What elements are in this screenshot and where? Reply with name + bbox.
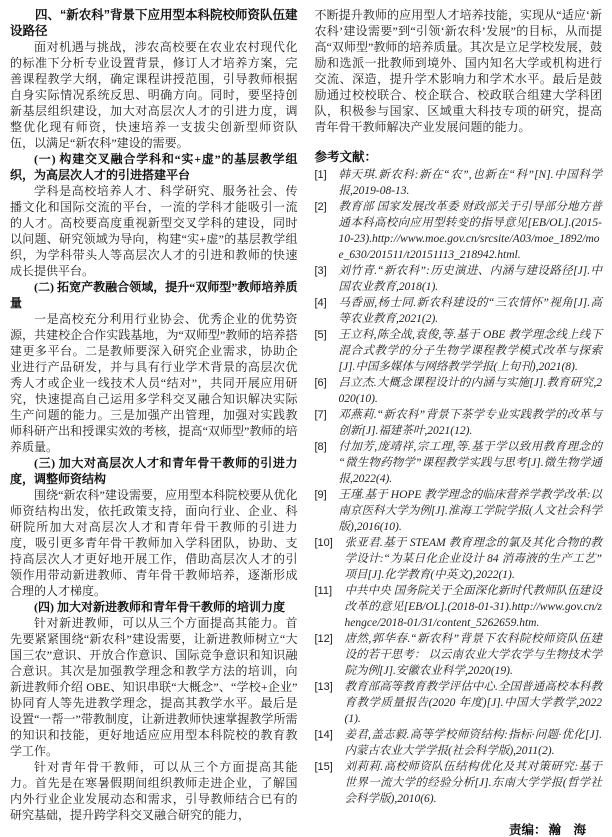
- reference-item: [7]邓燕莉.“新农科”背景下茶学专业实践教学的改革与创新[J].福建茶叶,20…: [315, 407, 603, 439]
- reference-item: [15]刘莉莉.高校师资队伍结构优化及其对策研究:基于世界一流大学的经验分析[J…: [315, 759, 603, 807]
- reference-number: [8]: [315, 439, 327, 455]
- sub-heading-1: (一) 构建交叉融合学科和“实+虚”的基层教学组织，为高层次人才的引进搭建平台: [10, 151, 298, 183]
- paragraph-1: 学科是高校培养人才、科学研究、服务社会、传播文化和国际交流的平台，一流的学科才能…: [10, 183, 298, 279]
- reference-item: [3]刘竹青.“新农科”:历史演进、内涵与建设路径[J].中国农业教育,2018…: [315, 263, 603, 295]
- reference-text: 马香丽,杨士同.新农科建设的“三农情怀”视角[J].高等农业教育,2021(2)…: [339, 297, 603, 325]
- reference-item: [1]韩天琪.新农科:新在“农”,也新在“科”[N].中国科学报,2019-08…: [315, 167, 603, 199]
- reference-number: [9]: [315, 487, 327, 503]
- reference-number: [11]: [315, 583, 333, 599]
- reference-text: 张亚君.基于 STEAM 教育理念的氯及其化合物的教学设计:“为某日化企业设计 …: [345, 537, 603, 581]
- reference-item: [4]马香丽,杨士同.新农科建设的“三农情怀”视角[J].高等农业教育,2021…: [315, 295, 603, 327]
- sub-heading-4: (四) 加大对新进教师和青年骨干教师的培训力度: [10, 599, 298, 615]
- paragraph-4: 针对新进教师，可以从三个方面提高其能力。首先要紧紧围绕“新农科”建设需要，让新进…: [10, 615, 298, 759]
- reference-item: [5]王立科,陈全战,袁俊,等.基于 OBE 教学理念线上线下混合式教学的分子生…: [315, 327, 603, 375]
- reference-number: [6]: [315, 375, 327, 391]
- reference-text: 刘莉莉.高校师资队伍结构优化及其对策研究:基于世界一流大学的经验分析[J].东南…: [345, 761, 603, 805]
- reference-item: [13]教育部高等教育教学评估中心.全国普通高校本科教育教学质量报告(2020 …: [315, 679, 603, 727]
- editor-label: 责编：: [509, 823, 547, 837]
- reference-item: [14]姜君,盖志毅.高等学校师资结构:指标·问题·优化[J].内蒙古农业大学学…: [315, 727, 603, 759]
- reference-text: 教育部高等教育教学评估中心.全国普通高校本科教育教学质量报告(2020 年度)[…: [345, 681, 603, 725]
- references-heading: 参考文献：: [315, 149, 603, 166]
- reference-item: [12]唐然,郭华春.“新农科”背景下农科院校师资队伍建设的若干思考： 以云南农…: [315, 631, 603, 679]
- paragraph-intro: 面对机遇与挑战，涉农高校要在农业农村现代化的标准下分析专业设置背景，修订人才培养…: [10, 39, 298, 151]
- reference-item: [11]中共中央 国务院关于全面深化新时代教师队伍建设改革的意见[EB/OL].…: [315, 583, 603, 631]
- paragraph-5: 针对青年骨干教师，可以从三个方面提高其能力。首先是在寒暑假期间组织教师走进企业，…: [10, 759, 298, 823]
- editor-note: 责编：瀚 海: [315, 822, 603, 837]
- editor-name: 瀚 海: [548, 823, 586, 837]
- reference-number: [10]: [315, 535, 333, 551]
- paragraph-3: 围绕“新农科”建设需要，应用型本科院校要从优化师资结构出发，依托政策支持，面向行…: [10, 487, 298, 599]
- reference-number: [5]: [315, 327, 327, 343]
- reference-text: 唐然,郭华春.“新农科”背景下农科院校师资队伍建设的若干思考： 以云南农业大学农…: [345, 633, 603, 677]
- reference-text: 韩天琪.新农科:新在“农”,也新在“科”[N].中国科学报,2019-08-13…: [339, 169, 603, 197]
- reference-number: [12]: [315, 631, 333, 647]
- sub-heading-2: (二) 拓宽产教融合领域，提升“双师型”教师培养质量: [10, 279, 298, 311]
- reference-text: 邓燕莉.“新农科”背景下茶学专业实践教学的改革与创新[J].福建茶叶,2021(…: [339, 409, 603, 437]
- references-list: [1]韩天琪.新农科:新在“农”,也新在“科”[N].中国科学报,2019-08…: [315, 167, 603, 807]
- reference-item: [9]王瑾.基于 HOPE 教学理念的临床营养学教学改革:以南京医科大学为例[J…: [315, 487, 603, 535]
- reference-number: [15]: [315, 759, 333, 775]
- reference-number: [7]: [315, 407, 327, 423]
- paragraph-continuation: 不断提升教师的应用型人才培养技能，实现从“适应‘新农科’建设需要”到“引领‘新农…: [315, 7, 603, 135]
- reference-text: 中共中央 国务院关于全面深化新时代教师队伍建设改革的意见[EB/OL].(201…: [345, 585, 603, 629]
- reference-text: 刘竹青.“新农科”:历史演进、内涵与建设路径[J].中国农业教育,2018(1)…: [339, 265, 603, 293]
- paper-page: 四、“新农科”背景下应用型本科院校师资队伍建设路径 面对机遇与挑战，涉农高校要在…: [0, 0, 612, 837]
- reference-text: 教育部 国家发展改革委 财政部关于引导部分地方普通本科高校向应用型转变的指导意见…: [339, 201, 603, 261]
- reference-number: [3]: [315, 263, 327, 279]
- reference-text: 付加芳,庞靖祥,宗工理,等.基于学以致用教育理念的“微生物药物学”课程教学实践与…: [339, 441, 603, 485]
- reference-item: [10]张亚君.基于 STEAM 教育理念的氯及其化合物的教学设计:“为某日化企…: [315, 535, 603, 583]
- reference-text: 姜君,盖志毅.高等学校师资结构:指标·问题·优化[J].内蒙古农业大学学报(社会…: [345, 729, 603, 757]
- reference-text: 王立科,陈全战,袁俊,等.基于 OBE 教学理念线上线下混合式教学的分子生物学课…: [339, 329, 603, 373]
- paragraph-2: 一是高校充分利用行业协会、优秀企业的优势资源，共建校企合作实践基地，为“双师型”…: [10, 311, 298, 455]
- reference-item: [6]吕立杰.大概念课程设计的内涵与实施[J].教育研究,2020(10).: [315, 375, 603, 407]
- reference-number: [14]: [315, 727, 333, 743]
- section-heading: 四、“新农科”背景下应用型本科院校师资队伍建设路径: [10, 7, 298, 39]
- reference-number: [13]: [315, 679, 333, 695]
- reference-item: [8]付加芳,庞靖祥,宗工理,等.基于学以致用教育理念的“微生物药物学”课程教学…: [315, 439, 603, 487]
- reference-number: [1]: [315, 167, 327, 183]
- reference-number: [4]: [315, 295, 327, 311]
- left-column: 四、“新农科”背景下应用型本科院校师资队伍建设路径 面对机遇与挑战，涉农高校要在…: [10, 7, 298, 831]
- reference-item: [2]教育部 国家发展改革委 财政部关于引导部分地方普通本科高校向应用型转变的指…: [315, 199, 603, 263]
- right-column: 不断提升教师的应用型人才培养技能，实现从“适应‘新农科’建设需要”到“引领‘新农…: [315, 7, 603, 831]
- reference-text: 吕立杰.大概念课程设计的内涵与实施[J].教育研究,2020(10).: [339, 377, 603, 405]
- sub-heading-3: (三) 加大对高层次人才和青年骨干教师的引进力度，调整师资结构: [10, 455, 298, 487]
- reference-number: [2]: [315, 199, 327, 215]
- reference-text: 王瑾.基于 HOPE 教学理念的临床营养学教学改革:以南京医科大学为例[J].淮…: [339, 489, 603, 533]
